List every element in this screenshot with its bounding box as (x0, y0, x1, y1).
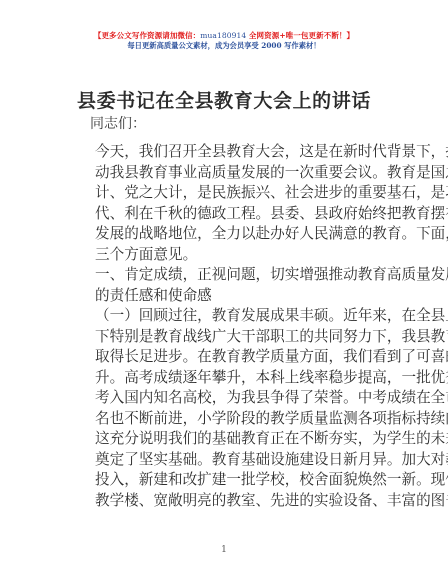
promo-banner-line-1: 【更多公文写作资源请加微信：mua180914 全网资源+唯一包更新不断！】 (0, 30, 448, 41)
text-line: 取得长足进步。在教育教学质量方面，我们看到了可喜的提 (66, 347, 382, 368)
promo-text-red: 【更多公文写作资源请加微信： (94, 31, 200, 40)
promo-wechat-id: mua180914 (200, 31, 246, 40)
promo-banner-line-2: 每日更新高质量公文素材，成为会员享受 2000 写作素材！ (0, 41, 448, 51)
promo-text-red-tail: 全网资源+唯一包更新不断！】 (246, 31, 354, 40)
page-number: 1 (0, 545, 448, 555)
text-line: 一、肯定成绩，正视问题，切实增强推动教育高质量发展 (66, 265, 382, 286)
document-body: 今天，我们召开全县教育大会，这是在新时代背景下，推 动我县教育事业高质量发展的一… (66, 142, 382, 511)
paragraph-intro: 今天，我们召开全县教育大会，这是在新时代背景下，推 动我县教育事业高质量发展的一… (66, 142, 382, 265)
text-line: 投入，新建和改扩建一批学校，校舍面貌焕然一新。现代化的 (66, 470, 382, 491)
text-line: 今天，我们召开全县教育大会，这是在新时代背景下，推 (66, 142, 382, 163)
text-line: 名也不断前进，小学阶段的教学质量监测各项指标持续向好， (66, 409, 382, 430)
text-line: 三个方面意见。 (66, 245, 382, 266)
section-heading-1: 一、肯定成绩，正视问题，切实增强推动教育高质量发展 的责任感和使命感 (66, 265, 382, 306)
text-line: 奠定了坚实基础。教育基础设施建设日新月异。加大对教育的 (66, 450, 382, 471)
text-line: 的责任感和使命感 (66, 286, 382, 307)
text-line: 下特别是教育战线广大干部职工的共同努力下，我县教育事业 (66, 327, 382, 348)
text-line: （一）回顾过往，教育发展成果丰硕。近年来，在全县上 (66, 306, 382, 327)
text-line: 考入国内知名高校，为我县争得了荣誉。中考成绩在全市的排 (66, 388, 382, 409)
text-line: 教学楼、宽敞明亮的教室、先进的实验设备、丰富的图书资 (66, 491, 382, 512)
text-line: 升。高考成绩逐年攀升，本科上线率稳步提高，一批优秀学子 (66, 368, 382, 389)
text-line: 代、利在千秋的德政工程。县委、县政府始终把教育摆在优先 (66, 204, 382, 225)
text-line: 动我县教育事业高质量发展的一次重要会议。教育是国之大 (66, 163, 382, 184)
text-line: 这充分说明我们的基础教育正在不断夯实，为学生的未来发展 (66, 429, 382, 450)
text-line: 发展的战略地位，全力以赴办好人民满意的教育。下面，我讲 (66, 224, 382, 245)
paragraph-review: （一）回顾过往，教育发展成果丰硕。近年来，在全县上 下特别是教育战线广大干部职工… (66, 306, 382, 511)
salutation: 同志们： (90, 113, 146, 133)
text-line: 计、党之大计，是民族振兴、社会进步的重要基石，是功在当 (66, 183, 382, 204)
document-title: 县委书记在全县教育大会上的讲话 (0, 86, 448, 113)
